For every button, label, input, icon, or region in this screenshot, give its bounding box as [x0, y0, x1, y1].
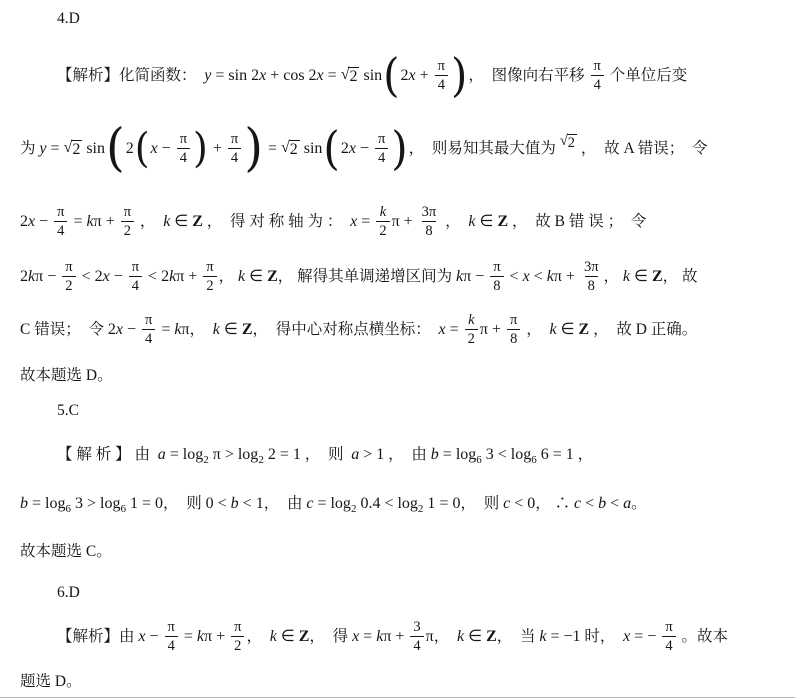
math-text: − [110, 269, 127, 285]
log-base-text: log [330, 495, 350, 512]
answer-label-6: 6.D [57, 582, 80, 604]
fraction-numerator: π [203, 260, 216, 276]
fraction: π4 [435, 59, 448, 93]
math-text: 3 < [482, 447, 511, 463]
log-with-subscript: log6 [511, 447, 537, 463]
fraction-denominator: 4 [177, 148, 190, 166]
log-with-subscript: log6 [100, 496, 126, 512]
math-text: ∈ [630, 269, 652, 285]
math-text: π + [480, 322, 505, 338]
math-variable: k [197, 629, 204, 645]
fraction: π4 [662, 620, 675, 654]
math-text: = [166, 447, 183, 463]
math-text: − [35, 214, 52, 230]
math-text: 2 [108, 322, 116, 338]
math-variable: c [574, 496, 581, 512]
integer-set-symbol: Z [192, 214, 203, 230]
math-variable: y [39, 141, 46, 157]
math-text: sin [82, 141, 105, 157]
fraction: 3π8 [581, 260, 602, 294]
math-text: = [313, 496, 330, 512]
text-run: 。 [631, 496, 647, 512]
math-variable: k [623, 269, 630, 285]
math-text: ∈ [170, 214, 192, 230]
fraction-numerator: 3π [581, 260, 602, 276]
parenthesis: ( [106, 128, 125, 171]
math-text: π + [383, 629, 408, 645]
solution-4-line-2: 为 y = √2 sin(2(x − π4) + π4) = √2 sin(2x… [20, 117, 708, 181]
fraction-numerator: π [591, 59, 604, 75]
integer-set-symbol: Z [652, 269, 663, 285]
math-text: < [581, 496, 598, 512]
math-variable: b [598, 496, 606, 512]
math-variable: x [409, 68, 416, 84]
parenthesis: ( [135, 132, 150, 166]
solution-5-line-2: b = log6 3 > log6 1 = 0， 则 0 < b < 1， 由 … [20, 486, 647, 522]
fraction: π4 [142, 313, 155, 347]
math-variable: k [238, 269, 245, 285]
solution-4-line-5: C 错误； 令 2x − π4 = kπ， k ∈ Z， 得中心对称点横坐标： … [20, 304, 697, 356]
math-text: = [47, 141, 64, 157]
integer-set-symbol: Z [579, 322, 590, 338]
text-run: ， [522, 322, 549, 338]
math-text: > 1 [359, 447, 384, 463]
fraction-denominator: 4 [591, 75, 604, 93]
math-text: 2 [126, 141, 134, 157]
math-variable: b [431, 447, 439, 463]
fraction: π4 [165, 620, 178, 654]
fraction: π2 [62, 260, 75, 294]
square-root: √2 [341, 67, 360, 85]
math-variable: k [468, 214, 475, 230]
parenthesis: ) [451, 57, 467, 94]
fraction-numerator: π [662, 620, 675, 636]
math-variable: k [174, 322, 181, 338]
text-run: 故本题选 C。 [20, 544, 112, 560]
fraction-denominator: 4 [129, 276, 142, 294]
math-text: − [356, 141, 373, 157]
math-text: < 1 [239, 496, 264, 512]
fraction-denominator: 4 [410, 636, 423, 654]
fraction: π4 [228, 132, 241, 166]
fraction-denominator: 8 [585, 276, 598, 294]
fraction: π2 [203, 260, 216, 294]
document-page: 4.D【解析】化简函数： y = sin 2x + cos 2x = √2 si… [0, 0, 795, 699]
math-variable: x [349, 141, 356, 157]
math-text: + cos 2 [266, 68, 316, 84]
fraction-denominator: 4 [142, 329, 155, 347]
math-variable: k [457, 629, 464, 645]
math-text: < 2 [144, 269, 169, 285]
math-text: < 0 [510, 496, 535, 512]
answer-label-4: 4.D [57, 8, 80, 30]
text-run: ， ∴ [535, 496, 574, 512]
math-variable: x [439, 322, 446, 338]
solution-4-conclusion: 故本题选 D。 [20, 365, 113, 387]
math-variable: x [259, 68, 266, 84]
fraction-denominator: 4 [54, 221, 67, 239]
fraction: k2 [465, 313, 478, 347]
fraction-numerator: π [54, 205, 67, 221]
solution-5-line-1: 【 解 析 】 由 a = log2 π > log2 2 = 1 ， 则 a … [57, 437, 593, 473]
fraction-denominator: 2 [465, 329, 478, 347]
integer-set-symbol: Z [242, 322, 253, 338]
text-run: ， [434, 629, 457, 645]
math-text: − [123, 322, 140, 338]
math-text: = [359, 629, 376, 645]
fraction-denominator: 4 [165, 636, 178, 654]
solution-6-line-1: 【解析】由 x − π4 = kπ + π2， k ∈ Z， 得 x = kπ … [57, 609, 728, 665]
log-base-text: log [238, 446, 258, 463]
integer-set-symbol: Z [299, 629, 310, 645]
math-text: π − [35, 269, 60, 285]
fraction-denominator: 2 [62, 276, 75, 294]
log-with-subscript: log2 [238, 447, 264, 463]
parenthesis: ) [193, 132, 208, 166]
log-base-text: log [456, 446, 476, 463]
square-root: √2 [281, 140, 300, 158]
math-text: + [209, 141, 226, 157]
math-text: ∈ [557, 322, 579, 338]
radicand: 2 [71, 140, 82, 158]
math-text: π [181, 322, 189, 338]
math-text: ∈ [245, 269, 267, 285]
fraction-denominator: 2 [376, 221, 389, 239]
math-text: = [264, 141, 281, 157]
log-base-text: log [511, 446, 531, 463]
integer-set-symbol: Z [497, 214, 508, 230]
text-run: 时， [581, 629, 624, 645]
math-text: = [357, 214, 374, 230]
radicand: 2 [289, 140, 300, 158]
fraction-numerator: k [377, 205, 389, 221]
text-run: ， [190, 322, 213, 338]
text-run: ， [246, 629, 269, 645]
math-variable: b [231, 496, 239, 512]
fraction-numerator: π [165, 620, 178, 636]
math-variable: c [306, 496, 313, 512]
math-variable: k [456, 269, 463, 285]
math-text: − [158, 141, 175, 157]
fraction-numerator: π [121, 205, 134, 221]
math-text: ∈ [464, 629, 486, 645]
text-run: ， [604, 269, 623, 285]
solution-4-line-3: 2x − π4 = kπ + π2 ， k ∈ Z ， 得 对 称 轴 为 ： … [20, 196, 646, 248]
math-variable: x [623, 629, 630, 645]
math-text: 2 = 1 [264, 447, 301, 463]
math-text: sin [359, 68, 382, 84]
math-text: = [446, 322, 463, 338]
log-base-text: log [183, 446, 203, 463]
fraction-numerator: π [231, 620, 244, 636]
log-with-subscript: log2 [330, 496, 356, 512]
text-run: 6.D [57, 585, 80, 601]
math-variable: b [20, 496, 28, 512]
log-base-text: log [397, 495, 417, 512]
math-variable: y [204, 68, 211, 84]
math-variable: k [550, 322, 557, 338]
fraction-denominator: 8 [490, 276, 503, 294]
fraction: π4 [177, 132, 190, 166]
text-run: ， 则 [460, 496, 503, 512]
math-text: 1 = 0 [126, 496, 163, 512]
math-variable: k [163, 214, 170, 230]
math-variable: x [523, 269, 530, 285]
log-with-subscript: log6 [45, 496, 71, 512]
text-run: ， 解得其单调递增区间为 [278, 269, 456, 285]
fraction-denominator: 8 [422, 221, 435, 239]
math-text: 1 = 0 [423, 496, 460, 512]
math-text: < 2 [78, 269, 103, 285]
fraction-denominator: 8 [507, 329, 520, 347]
math-text: π + [176, 269, 201, 285]
text-run: ， 由 [384, 447, 431, 463]
math-text: + [416, 68, 433, 84]
text-run: ， 得中心对称点横坐标： [253, 322, 439, 338]
math-text: = [180, 629, 197, 645]
math-variable: k [539, 629, 546, 645]
math-text: 2 [20, 214, 28, 230]
math-text: = −1 [546, 629, 580, 645]
fraction-denominator: 4 [662, 636, 675, 654]
math-variable: x [138, 629, 145, 645]
fraction-numerator: π [228, 132, 241, 148]
fraction-numerator: π [129, 260, 142, 276]
text-run: ， [219, 269, 238, 285]
math-variable: a [623, 496, 631, 512]
fraction-denominator: 2 [231, 636, 244, 654]
fraction: π2 [231, 620, 244, 654]
math-variable: x [151, 141, 158, 157]
math-variable: x [352, 629, 359, 645]
math-text: < [606, 496, 623, 512]
answer-label-5: 5.C [57, 400, 79, 422]
fraction-denominator: 4 [435, 75, 448, 93]
math-text: 2 [20, 269, 28, 285]
fraction-numerator: k [465, 313, 477, 329]
math-variable: x [103, 269, 110, 285]
math-text: = [157, 322, 174, 338]
math-text: ∈ [220, 322, 242, 338]
radicand: 2 [567, 134, 577, 151]
text-run: 【解析】化简函数： [57, 68, 204, 84]
text-run: 个单位后变 [606, 68, 687, 84]
fraction-numerator: π [507, 313, 520, 329]
math-variable: a [158, 447, 166, 463]
fraction: π8 [490, 260, 503, 294]
text-run: ， 得 [309, 629, 352, 645]
square-root: √2 [560, 134, 577, 151]
integer-set-symbol: Z [267, 269, 278, 285]
math-text: = [69, 214, 86, 230]
text-run: ， 当 [497, 629, 540, 645]
math-text: = [28, 496, 45, 512]
math-variable: x [350, 214, 357, 230]
square-root: √2 [64, 140, 83, 158]
log-base-text: log [45, 495, 65, 512]
math-variable: k [28, 269, 35, 285]
parenthesis: ) [244, 128, 263, 171]
fraction-numerator: π [62, 260, 75, 276]
math-text: 3 > [71, 496, 100, 512]
math-variable: k [213, 322, 220, 338]
fraction-numerator: π [142, 313, 155, 329]
math-text: 0.4 < [356, 496, 397, 512]
fraction-denominator: 2 [203, 276, 216, 294]
fraction-numerator: π [435, 59, 448, 75]
fraction: π4 [129, 260, 142, 294]
text-run: ， 则 [301, 447, 351, 463]
text-run: ， 图像向右平移 [468, 68, 588, 84]
math-text: π > [209, 447, 238, 463]
fraction-numerator: 3 [410, 620, 423, 636]
text-run: 故本题选 D。 [20, 368, 113, 384]
math-text: 2 [401, 68, 409, 84]
math-text: π + [392, 214, 417, 230]
math-text: π [426, 629, 434, 645]
solution-4-line-1: 【解析】化简函数： y = sin 2x + cos 2x = √2 sin(2… [57, 44, 687, 108]
fraction-numerator: π [177, 132, 190, 148]
math-variable: k [547, 269, 554, 285]
math-text: = − [630, 629, 660, 645]
math-variable: a [351, 447, 359, 463]
math-text: < [530, 269, 547, 285]
math-variable: k [376, 629, 383, 645]
log-with-subscript: log6 [456, 447, 482, 463]
text-run: ， 故 [663, 269, 698, 285]
math-text: ∈ [277, 629, 299, 645]
text-run: ， 故 A 错误； 令 [577, 141, 707, 157]
text-run: ， 则 [163, 496, 206, 512]
fraction: 3π8 [419, 205, 440, 239]
integer-set-symbol: Z [486, 629, 497, 645]
math-text: 0 < [206, 496, 231, 512]
fraction: π2 [121, 205, 134, 239]
fraction: π4 [54, 205, 67, 239]
text-run: ， 得 对 称 轴 为 ： [203, 214, 350, 230]
math-text: 6 = 1 [537, 447, 574, 463]
text-run: 4.D [57, 11, 80, 27]
log-base-text: log [100, 495, 120, 512]
page-bottom-rule [0, 697, 795, 698]
text-run: ， 故 B 错 误 ； 令 [508, 214, 646, 230]
math-text: π + [204, 629, 229, 645]
math-variable: x [28, 214, 35, 230]
log-with-subscript: log2 [397, 496, 423, 512]
text-run: C 错误； 令 [20, 322, 108, 338]
solution-5-conclusion: 故本题选 C。 [20, 541, 112, 563]
math-variable: c [503, 496, 510, 512]
fraction-numerator: π [490, 260, 503, 276]
math-text: π + [554, 269, 579, 285]
text-run: ， 故 D 正确。 [589, 322, 697, 338]
log-with-subscript: log2 [183, 447, 209, 463]
text-run: ， 由 [264, 496, 307, 512]
solution-4-line-4: 2kπ − π2 < 2x − π4 < 2kπ + π2， k ∈ Z， 解得… [20, 251, 698, 303]
fraction-numerator: π [375, 132, 388, 148]
math-variable: x [116, 322, 123, 338]
math-text: < [506, 269, 523, 285]
math-text: 2 [341, 141, 349, 157]
math-variable: k [169, 269, 176, 285]
math-variable: x [317, 68, 324, 84]
math-text: − [146, 629, 163, 645]
text-run: ， [441, 214, 468, 230]
text-run: ， [574, 447, 593, 463]
math-text: π + [94, 214, 119, 230]
text-run: 【解析】由 [57, 629, 138, 645]
text-run: 【 解 析 】 由 [57, 447, 158, 463]
fraction-denominator: 4 [375, 148, 388, 166]
math-text: ∈ [476, 214, 498, 230]
math-text: sin [300, 141, 323, 157]
text-run: ， 则易知其最大值为 [409, 141, 560, 157]
solution-6-conclusion: 题选 D。 [20, 671, 82, 693]
text-run: 题选 D。 [20, 674, 82, 690]
math-variable: k [87, 214, 94, 230]
fraction: 34 [410, 620, 423, 654]
parenthesis: ( [323, 130, 339, 167]
fraction: π4 [375, 132, 388, 166]
fraction: k2 [376, 205, 389, 239]
fraction: π4 [591, 59, 604, 93]
fraction-numerator: 3π [419, 205, 440, 221]
text-run: 。故本 [678, 629, 728, 645]
fraction-denominator: 2 [121, 221, 134, 239]
radicand: 2 [348, 67, 359, 85]
text-run: 5.C [57, 403, 79, 419]
fraction-denominator: 4 [228, 148, 241, 166]
parenthesis: ( [383, 57, 399, 94]
math-text: = [324, 68, 341, 84]
text-run: 为 [20, 141, 39, 157]
text-run: ， [136, 214, 163, 230]
fraction: π8 [507, 313, 520, 347]
math-text: = sin 2 [211, 68, 259, 84]
parenthesis: ) [391, 130, 407, 167]
math-text: π − [463, 269, 488, 285]
math-variable: k [270, 629, 277, 645]
math-text: = [439, 447, 456, 463]
